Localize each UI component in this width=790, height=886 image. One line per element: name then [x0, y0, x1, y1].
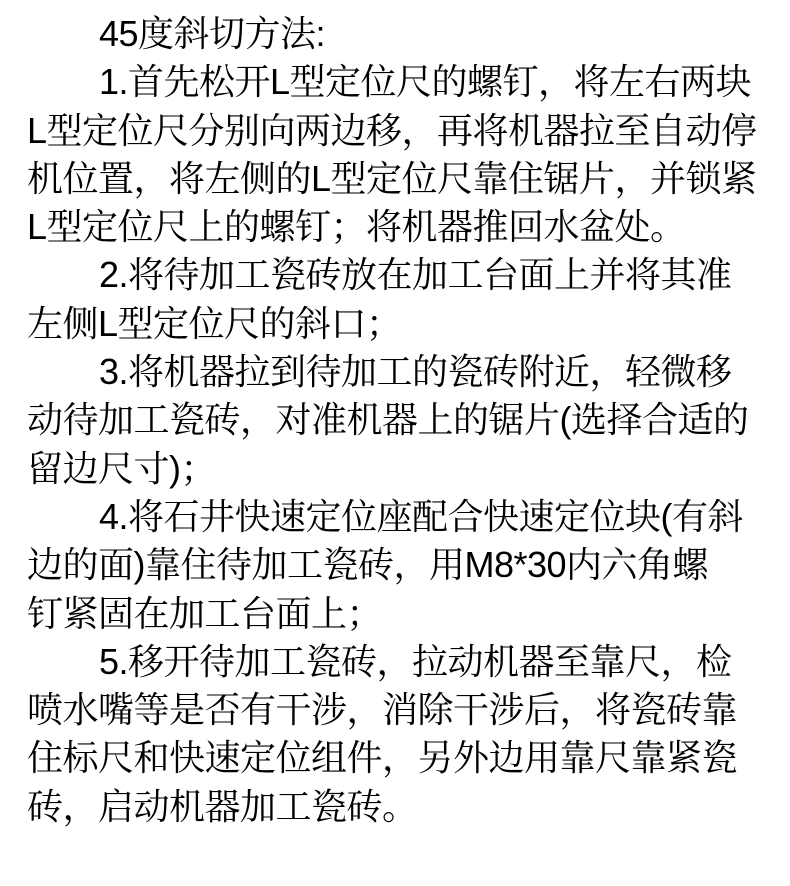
step-2-line-1: 2.将待加工瓷砖放在加工台面上并将其准: [27, 251, 786, 299]
step-1-line-2: L型定位尺分别向两边移，再将机器拉至自动停: [27, 107, 786, 155]
step-3-line-1: 3.将机器拉到待加工的瓷砖附近，轻微移: [27, 348, 786, 396]
step-2-line-2: 左侧L型定位尺的斜口；: [27, 300, 786, 348]
instruction-document: 45度斜切方法: 1.首先松开L型定位尺的螺钉，将左右两块 L型定位尺分别向两边…: [0, 0, 790, 886]
step-5-line-2: 喷水嘴等是否有干涉，消除干涉后，将瓷砖靠: [27, 686, 786, 734]
step-4-line-1: 4.将石井快速定位座配合快速定位块(有斜: [27, 493, 786, 541]
page-title: 45度斜切方法:: [27, 10, 786, 58]
step-5-line-3: 住标尺和快速定位组件，另外边用靠尺靠紧瓷: [27, 734, 786, 782]
step-5-line-4: 砖，启动机器加工瓷砖。: [27, 783, 786, 831]
step-3-line-3: 留边尺寸)；: [27, 445, 786, 493]
step-1-line-3: 机位置，将左侧的L型定位尺靠住锯片，并锁紧: [27, 155, 786, 203]
step-5-line-1: 5.移开待加工瓷砖，拉动机器至靠尺，检: [27, 638, 786, 686]
step-4-line-2: 边的面)靠住待加工瓷砖，用M8*30内六角螺: [27, 541, 786, 589]
step-4-line-3: 钉紧固在加工台面上；: [27, 590, 786, 638]
step-1-line-1: 1.首先松开L型定位尺的螺钉，将左右两块: [27, 58, 786, 106]
step-1-line-4: L型定位尺上的螺钉；将机器推回水盆处。: [27, 203, 786, 251]
step-3-line-2: 动待加工瓷砖，对准机器上的锯片(选择合适的: [27, 396, 786, 444]
